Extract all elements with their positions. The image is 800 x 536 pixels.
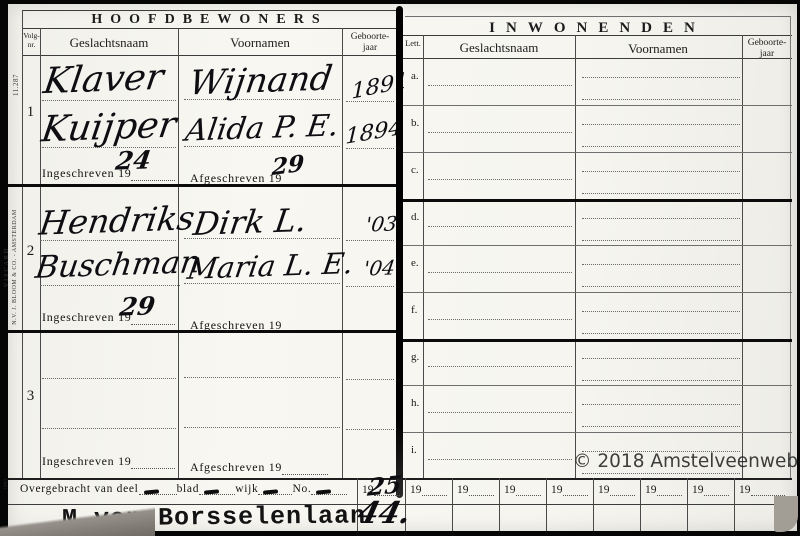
writing-line: [582, 240, 740, 241]
column-header-geboortejaar: Geboorte-jaar: [344, 32, 396, 54]
ingeschreven-text: Ingeschreven 19: [42, 454, 131, 469]
writing-line: [582, 473, 740, 474]
scanned-register-card: 11.287 VISCARD N.V. J. BLOOM & CO. - AMS…: [0, 0, 800, 536]
transfer-year-cell: 19: [504, 484, 541, 496]
year-prefix: 19: [551, 484, 563, 496]
writing-line: [428, 226, 572, 227]
handwritten-afgeschreven-year: 29: [271, 152, 304, 179]
handwritten-ingeschreven-year: 29: [118, 293, 157, 319]
grid-line: [405, 16, 790, 17]
writing-line: [346, 379, 394, 380]
writing-line: [184, 377, 340, 378]
year-prefix: 19: [504, 484, 516, 496]
writing-line: [582, 193, 740, 194]
handwritten-year: '03: [365, 213, 399, 234]
inwonenden-row: h.: [403, 385, 792, 432]
writing-line: [346, 286, 394, 287]
writing-line: [582, 311, 740, 312]
group-divider: [8, 184, 398, 187]
transfer-year-cell: 19: [645, 484, 682, 496]
inwonenden-row: b.: [403, 105, 792, 152]
transfer-year-cell: 19: [598, 484, 635, 496]
letter-label: i.: [411, 444, 417, 456]
writing-line: [428, 459, 572, 460]
book-fold-line: [396, 6, 403, 498]
writing-line: [428, 319, 572, 320]
pen-dash-mark: [263, 489, 278, 494]
writing-line: [428, 132, 572, 133]
dotted-leader: [139, 483, 177, 495]
volgnr-value: 3: [22, 388, 39, 405]
letter-label: c.: [411, 164, 419, 176]
writing-line: [582, 264, 740, 265]
section-title-hoofdbewoners: HOOFDBEWONERS: [22, 12, 397, 28]
writing-line: [582, 358, 740, 359]
writing-line: [42, 378, 176, 379]
column-header-volgnr: Volg-nr.: [22, 31, 41, 49]
volgnr-value: 1: [22, 104, 39, 121]
year-prefix: 19: [457, 484, 469, 496]
overgebracht-blad-label: blad: [177, 483, 200, 495]
dotted-leader: [422, 484, 448, 496]
inwonenden-row: f.: [403, 292, 792, 339]
writing-line: [582, 380, 740, 381]
writing-line: [184, 427, 340, 428]
writing-line: [428, 366, 572, 367]
writing-line: [346, 429, 394, 430]
overgebracht-row: Overgebracht van deelbladwijkNo.: [20, 483, 347, 495]
inwonenden-row: g.: [403, 339, 792, 385]
writing-line: [582, 146, 740, 147]
inwonenden-row: c.: [403, 152, 792, 199]
letter-label: h.: [411, 397, 419, 409]
year-prefix: 19: [692, 484, 704, 496]
transfer-year-cell: 19: [692, 484, 729, 496]
print-code: 1000: [3, 479, 9, 490]
dotted-leader: [610, 484, 636, 496]
writing-line: [428, 272, 572, 273]
handwritten-firstnames: Maria L. E.: [185, 249, 355, 284]
inwonenden-row: d.: [403, 199, 792, 245]
transfer-year-cell: 19: [551, 484, 588, 496]
dotted-leader: [469, 484, 495, 496]
grid-line: [403, 35, 792, 36]
column-header-voornamen: Voornamen: [575, 41, 741, 57]
writing-line: [582, 286, 740, 287]
writing-line: [346, 240, 394, 241]
transfer-year-cell: 19: [739, 484, 785, 496]
letter-label: d.: [411, 211, 419, 223]
printer-imprint: VISCARD N.V. J. BLOOM & CO. - AMSTERDAM: [3, 182, 20, 352]
ingeschreven-label: Ingeschreven 19: [42, 454, 175, 469]
writing-line: [428, 179, 572, 180]
year-prefix: 19: [739, 484, 751, 496]
year-prefix: 19: [598, 484, 610, 496]
writing-line: [428, 85, 572, 86]
handwritten-firstnames: Wijnand: [187, 62, 334, 101]
group-divider: [8, 330, 398, 333]
overgebracht-no-label: No.: [292, 483, 311, 495]
dotted-leader: [516, 484, 542, 496]
transfer-year-cell: 19: [410, 484, 447, 496]
year-prefix: 19: [410, 484, 422, 496]
writing-line: [582, 404, 740, 405]
handwritten-year: '04: [363, 257, 397, 278]
form-number: 11.287: [12, 74, 20, 96]
inwonenden-row: a.: [403, 58, 792, 105]
dotted-leader: [751, 484, 786, 496]
dotted-leader: [282, 463, 328, 475]
printer-imprint-line2: N.V. J. BLOOM & CO. - AMSTERDAM: [11, 182, 19, 352]
pen-dash-mark: [316, 489, 331, 494]
writing-line: [582, 218, 740, 219]
transfer-year-cell: 19: [457, 484, 494, 496]
watermark: © 2018 Amstelveenweb.com: [573, 451, 800, 472]
scan-shadow: [0, 501, 155, 536]
writing-line: [582, 124, 740, 125]
inwonenden-row: e.: [403, 245, 792, 292]
letter-label: g.: [411, 351, 419, 363]
pen-dash-mark: [143, 489, 158, 494]
dotted-leader: [657, 484, 683, 496]
handwritten-surname: Kuijper: [39, 108, 178, 149]
column-header-geslachtsnaam: Geslachtsnaam: [424, 40, 574, 56]
handwritten-house-number: 44.: [354, 499, 414, 529]
year-prefix: 19: [645, 484, 657, 496]
writing-line: [582, 333, 740, 334]
writing-line: [42, 428, 176, 429]
writing-line: [582, 426, 740, 427]
letter-label: e.: [411, 257, 419, 269]
handwritten-firstnames: Alida P. E.: [183, 111, 340, 146]
writing-line: [428, 412, 572, 413]
letter-label: a.: [411, 70, 419, 82]
dotted-leader: [704, 484, 730, 496]
overgebracht-deel-label: Overgebracht van deel: [20, 483, 139, 495]
column-header-lett: Lett.: [402, 38, 424, 48]
dotted-leader: [199, 483, 235, 495]
grid-line: [22, 28, 397, 29]
afgeschreven-label: Afgeschreven 19: [190, 460, 328, 475]
column-header-geslachtsnaam: Geslachtsnaam: [40, 35, 178, 51]
printer-imprint-line1: VISCARD: [3, 182, 11, 352]
grid-line: [22, 10, 397, 11]
handwritten-surname: Hendriks: [37, 201, 196, 239]
column-header-voornamen: Voornamen: [178, 35, 342, 51]
writing-line: [40, 285, 180, 286]
letter-label: f.: [411, 304, 417, 316]
dotted-leader: [258, 483, 292, 495]
dotted-leader: [131, 457, 175, 469]
writing-line: [582, 77, 740, 78]
letter-label: b.: [411, 117, 419, 129]
handwritten-ingeschreven-year: 24: [114, 147, 153, 173]
overgebracht-wijk-label: wijk: [235, 483, 258, 495]
ingeschreven-label: Ingeschreven 19: [42, 310, 175, 325]
dotted-leader: [563, 484, 589, 496]
pen-dash-mark: [204, 489, 219, 494]
writing-line: [582, 99, 740, 100]
column-header-geboortejaar: Geboorte-jaar: [742, 38, 792, 60]
handwritten-firstnames: Dirk L.: [191, 204, 308, 240]
ingeschreven-label: Ingeschreven 19: [42, 166, 175, 181]
dotted-leader: [311, 483, 347, 495]
grid-line: [22, 55, 397, 56]
afgeschreven-text: Afgeschreven 19: [190, 460, 282, 475]
handwritten-surname: Buschman: [33, 247, 202, 284]
writing-line: [582, 171, 740, 172]
handwritten-surname: Klaver: [41, 60, 165, 100]
